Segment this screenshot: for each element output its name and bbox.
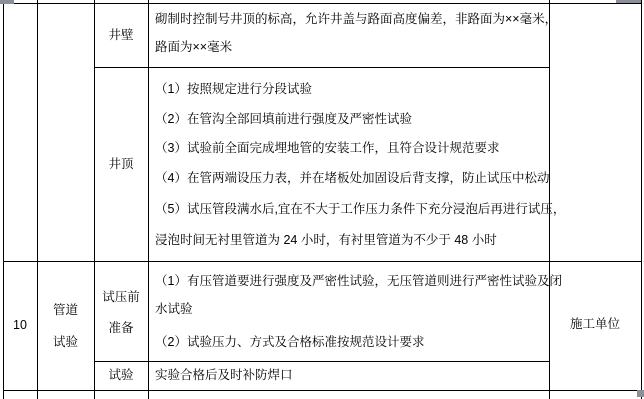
cell-well-top-item-4: （4）在管两端设压力表，并在堵板处加固设后背支撑，防止试压中松动 (155, 170, 549, 186)
screen-edge-artifact-top-right (616, 0, 641, 3)
cell-well-wall-label: 井壁 (94, 27, 148, 43)
table-border-vertical-right (641, 0, 642, 399)
cell-prep-item-1-line1: （1）有压管道要进行强度及严密性试验，无压管道则进行严密性试验及闭 (155, 273, 562, 289)
cell-row-number: 10 (3, 317, 37, 333)
cell-category-line2: 试验 (37, 334, 94, 350)
cell-test-label: 试验 (94, 367, 148, 383)
table-border-prep-test (94, 361, 549, 362)
cell-well-top-item-5: （5）试压管段满水后,宜在不大于工作压力条件下充分浸泡后再进行试压， (155, 201, 565, 217)
cell-prep-item-1-line2: 水试验 (155, 301, 193, 317)
document-table: 井壁 砌制时控制号井顶的标高，允许井盖与路面高度偏差，非路面为××毫米， 路面为… (0, 0, 644, 399)
cell-prep-label-line2: 准备 (94, 320, 148, 336)
table-border-vertical-col-category (94, 0, 95, 399)
cell-well-top-item-1: （1）按照规定进行分段试验 (155, 81, 312, 97)
cell-well-wall-content-line2: 路面为××毫米 (155, 39, 232, 55)
cell-well-top-label: 井顶 (94, 156, 148, 172)
table-border-top (3, 3, 641, 4)
cell-responsibility: 施工单位 (549, 316, 641, 332)
table-border-vertical-col-subitem (148, 0, 149, 399)
screen-edge-artifact-top-left (0, 0, 14, 4)
cell-category-line1: 管道 (37, 302, 94, 318)
cell-test-content: 实验合格后及时补防焊口 (155, 367, 293, 383)
cell-well-wall-content-line1: 砌制时控制号井顶的标高，允许井盖与路面高度偏差，非路面为××毫米， (155, 11, 557, 27)
table-border-vertical-left (3, 0, 4, 399)
screen-edge-artifact-bottom-right (637, 390, 644, 397)
cell-well-top-item-2: （2）在管沟全部回填前进行强度及严密性试验 (155, 111, 412, 127)
table-border-vertical-col-content (549, 0, 550, 399)
table-border-section-divider (3, 261, 641, 262)
cell-well-top-item-3: （3）试验前全面完成埋地管的安装工作，且符合设计规范要求 (155, 140, 499, 156)
cell-well-top-item-5-continued: 浸泡时间无衬里管道为 24 小时，有衬里管道为不少于 48 小时 (155, 232, 497, 248)
table-border-row10-bottom (3, 390, 641, 391)
cell-prep-item-2: （2）试验压力、方式及合格标准按规范设计要求 (155, 334, 424, 350)
table-border-wellwall-welltop (94, 67, 549, 68)
cell-prep-label-line1: 试压前 (94, 289, 148, 305)
